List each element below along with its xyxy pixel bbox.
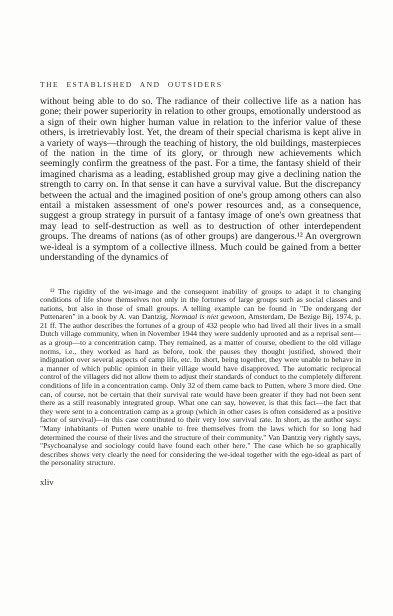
running-head: THE ESTABLISHED AND OUTSIDERS: [40, 80, 361, 89]
footnote-text-rest: , Amsterdam, De Bezige Bij, 1974, p. 21 …: [40, 312, 361, 467]
footnote: ¹² The rigidity of the we-image and the …: [40, 288, 361, 468]
body-paragraph: without being able to do so. The radianc…: [40, 97, 361, 264]
page-number: xliv: [40, 477, 361, 487]
book-page: THE ESTABLISHED AND OUTSIDERS without be…: [0, 0, 393, 616]
